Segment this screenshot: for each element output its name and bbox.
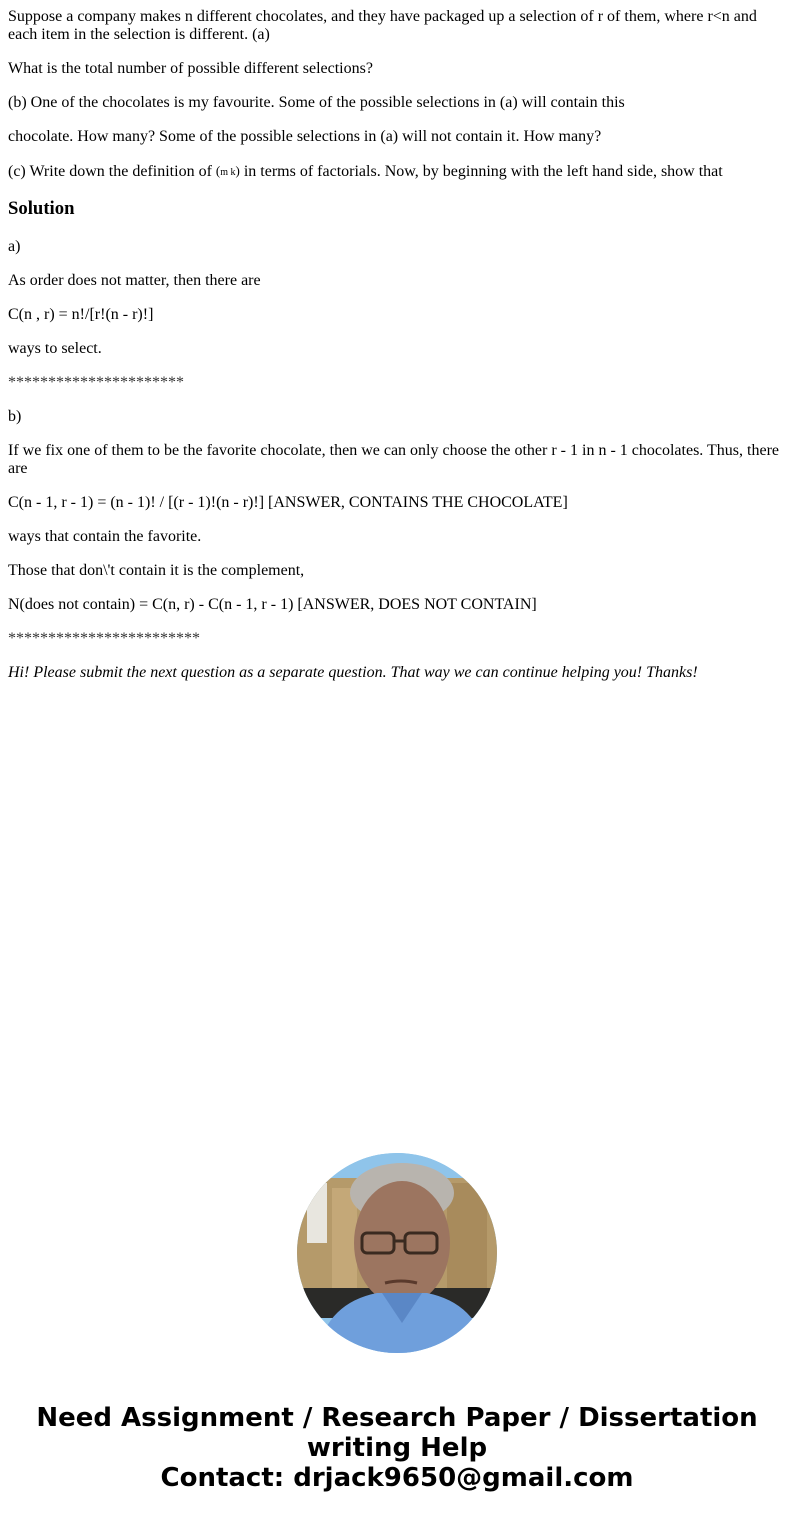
question-part-a: What is the total number of possible dif… (8, 60, 786, 78)
person-portrait-icon (297, 1153, 497, 1353)
closing-note: Hi! Please submit the next question as a… (8, 664, 786, 682)
solution-b-label: b) (8, 408, 786, 426)
tutor-avatar (297, 1153, 497, 1353)
promo-line-2: writing Help (0, 1433, 794, 1463)
solution-b-formula: C(n - 1, r - 1) = (n - 1)! / [(r - 1)!(n… (8, 494, 786, 512)
solution-b-formula-2: N(does not contain) = C(n, r) - C(n - 1,… (8, 596, 786, 614)
solution-b-text: If we fix one of them to be the favorite… (8, 442, 786, 478)
question-part-c-after: in terms of factorials. Now, by beginnin… (240, 163, 723, 180)
question-intro: Suppose a company makes n different choc… (8, 8, 786, 44)
binomial-notation: (m k) (216, 167, 240, 178)
separator-1: ********************** (8, 374, 786, 392)
solution-a-formula: C(n , r) = n!/[r!(n - r)!] (8, 306, 786, 324)
solution-a-text: As order does not matter, then there are (8, 272, 786, 290)
solution-heading: Solution (8, 198, 786, 220)
document-body: Suppose a company makes n different choc… (0, 0, 794, 682)
solution-block: Solution a) As order does not matter, th… (8, 198, 786, 682)
solution-b-conclusion: ways that contain the favorite. (8, 528, 786, 546)
solution-a-conclusion: ways to select. (8, 340, 786, 358)
question-part-b-line2: chocolate. How many? Some of the possibl… (8, 128, 786, 146)
promo-line-1: Need Assignment / Research Paper / Disse… (0, 1403, 794, 1433)
question-part-c-before: (c) Write down the definition of (8, 163, 216, 180)
promo-contact: Contact: drjack9650@gmail.com (0, 1463, 794, 1493)
question-part-b-line1: (b) One of the chocolates is my favourit… (8, 94, 786, 112)
question-part-c: (c) Write down the definition of (m k) i… (8, 162, 786, 182)
separator-2: ************************ (8, 630, 786, 648)
solution-b-complement: Those that don\'t contain it is the comp… (8, 562, 786, 580)
question-block: Suppose a company makes n different choc… (8, 8, 786, 182)
promo-footer: Need Assignment / Research Paper / Disse… (0, 1403, 794, 1493)
solution-a-label: a) (8, 238, 786, 256)
